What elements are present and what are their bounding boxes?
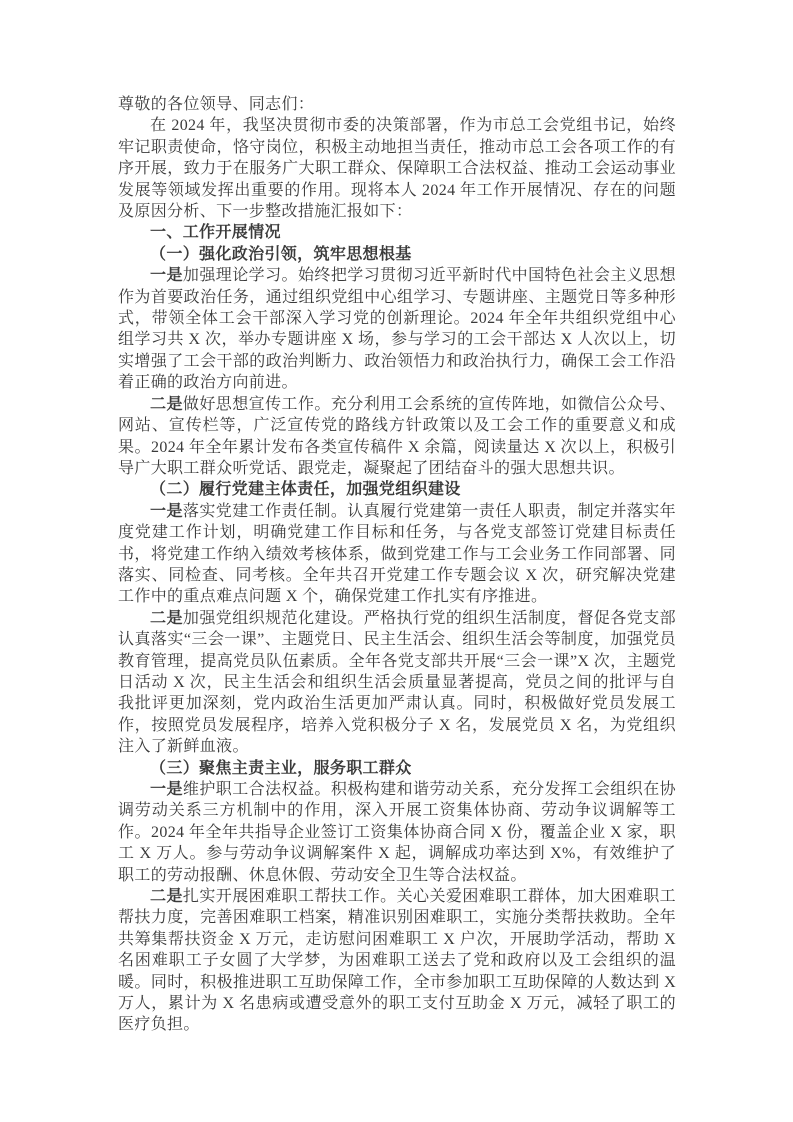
paragraph-lead: 一是 <box>150 781 183 798</box>
intro-paragraph: 在 2024 年，我坚决贯彻市委的决策部署，作为市总工会党组书记，始终牢记职责使… <box>118 115 676 222</box>
paragraph-lead: 二是 <box>150 396 183 413</box>
paragraph-assistance-work: 二是扎实开展困难职工帮扶工作。关心关爱困难职工群体，加大困难职工帮扶力度，完善困… <box>118 886 676 1036</box>
paragraph-lead: 一是 <box>150 267 183 284</box>
paragraph-text: 做好思想宣传工作。充分利用工会系统的宣传阵地，如微信公众号、网站、宣传栏等，广泛… <box>118 396 676 477</box>
paragraph-text: 加强理论学习。始终把学习贯彻习近平新时代中国特色社会主义思想作为首要政治任务，通… <box>118 267 676 391</box>
subsection-heading-text: （一）强化政治引领，筑牢思想根基 <box>150 246 412 263</box>
paragraph-text: 落实党建工作责任制。认真履行党建第一责任人职责，制定并落实年度党建工作计划，明确… <box>118 503 676 606</box>
subsection-heading-political-guidance: （一）强化政治引领，筑牢思想根基 <box>118 244 676 265</box>
section-heading-work-progress: 一、工作开展情况 <box>118 222 676 243</box>
salutation-line: 尊敬的各位领导、同志们： <box>118 94 676 115</box>
intro-paragraph-text: 在 2024 年，我坚决贯彻市委的决策部署，作为市总工会党组书记，始终牢记职责使… <box>118 117 676 220</box>
paragraph-party-responsibility: 一是落实党建工作责任制。认真履行党建第一责任人职责，制定并落实年度党建工作计划，… <box>118 501 676 608</box>
document-page: 尊敬的各位领导、同志们： 在 2024 年，我坚决贯彻市委的决策部署，作为市总工… <box>0 0 793 1122</box>
paragraph-lead: 二是 <box>150 610 183 627</box>
subsection-heading-serving-workers: （三）聚焦主责主业，服务职工群众 <box>118 758 676 779</box>
section-heading-text: 一、工作开展情况 <box>150 224 281 241</box>
paragraph-text: 维护职工合法权益。积极构建和谐劳动关系，充分发挥工会组织在协调劳动关系三方机制中… <box>118 781 676 884</box>
paragraph-text: 加强党组织规范化建设。严格执行党的组织生活制度，督促各党支部认真落实“三会一课”… <box>118 610 676 755</box>
paragraph-lead: 一是 <box>150 503 183 520</box>
paragraph-ideology-publicity: 二是做好思想宣传工作。充分利用工会系统的宣传阵地，如微信公众号、网站、宣传栏等，… <box>118 394 676 480</box>
paragraph-rights-protection: 一是维护职工合法权益。积极构建和谐劳动关系，充分发挥工会组织在协调劳动关系三方机… <box>118 779 676 886</box>
paragraph-text: 扎实开展困难职工帮扶工作。关心关爱困难职工群体，加大困难职工帮扶力度，完善困难职… <box>118 888 676 1033</box>
paragraph-lead: 二是 <box>150 888 183 905</box>
paragraph-party-standardization: 二是加强党组织规范化建设。严格执行党的组织生活制度，督促各党支部认真落实“三会一… <box>118 608 676 758</box>
subsection-heading-party-building: （二）履行党建主体责任，加强党组织建设 <box>118 479 676 500</box>
subsection-heading-text: （三）聚焦主责主业，服务职工群众 <box>150 760 412 777</box>
paragraph-theory-study: 一是加强理论学习。始终把学习贯彻习近平新时代中国特色社会主义思想作为首要政治任务… <box>118 265 676 393</box>
subsection-heading-text: （二）履行党建主体责任，加强党组织建设 <box>150 481 461 498</box>
